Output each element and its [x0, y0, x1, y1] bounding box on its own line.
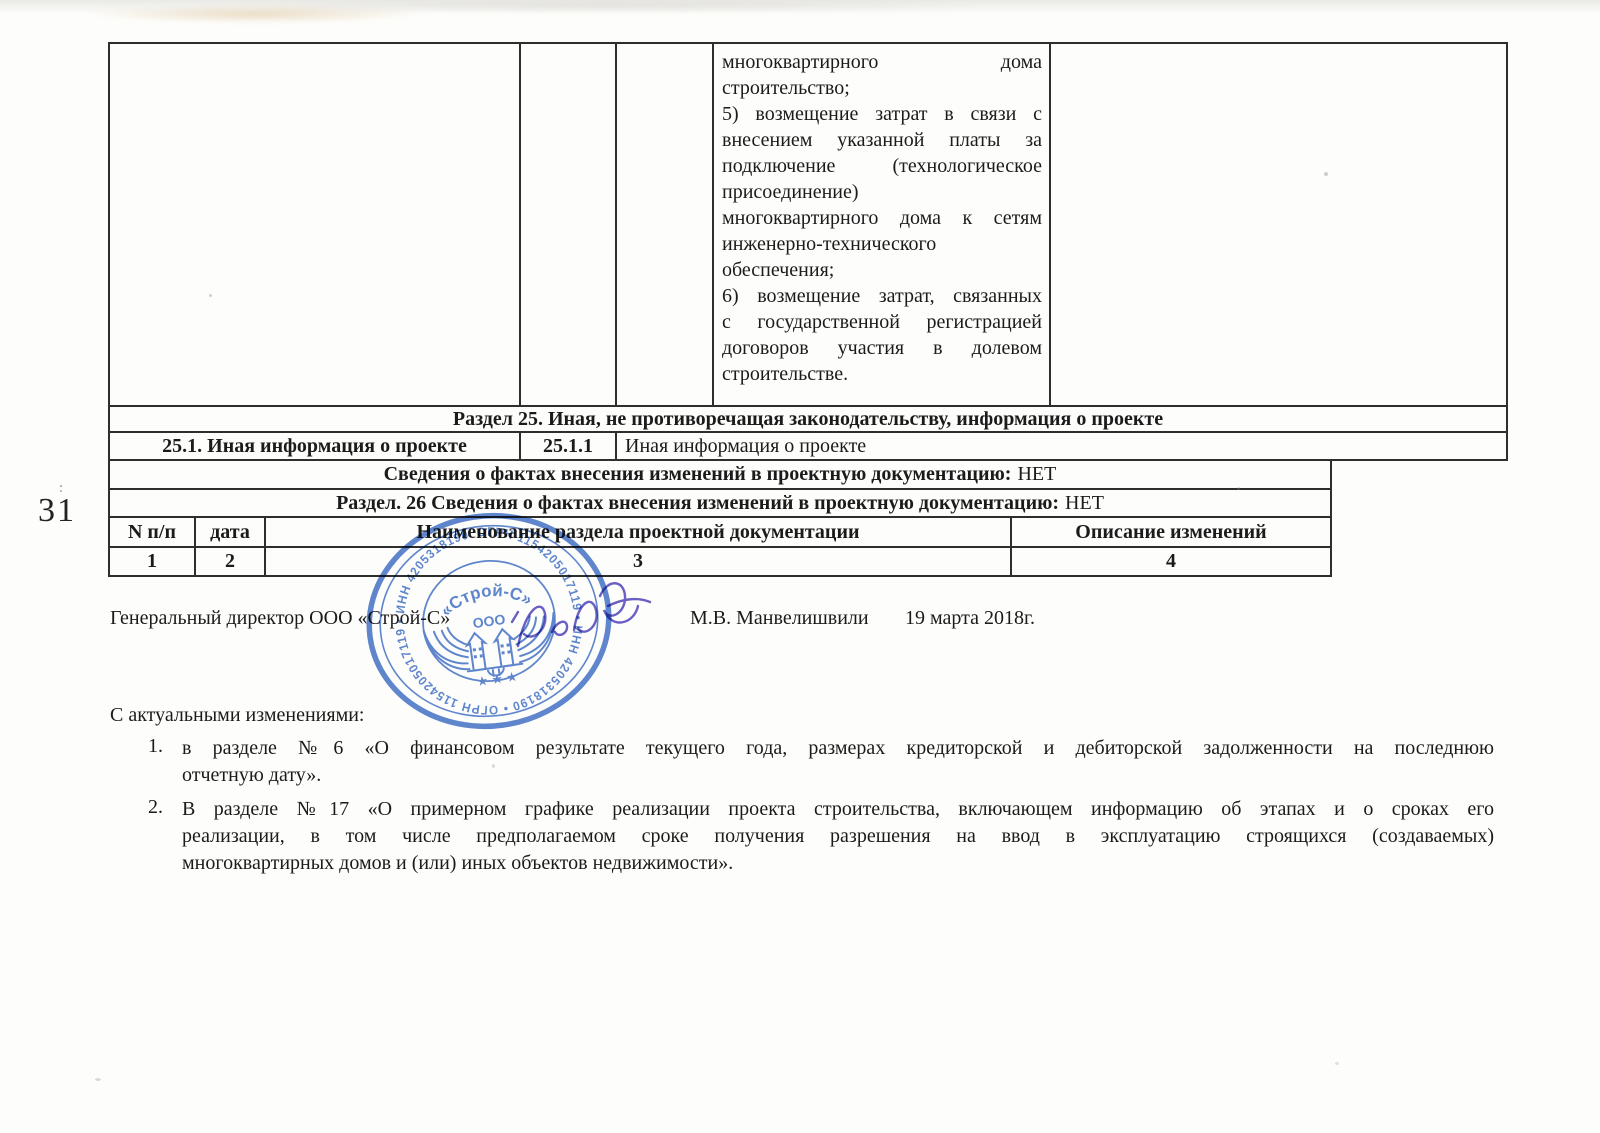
text-line: подключение (технологическое: [722, 153, 1042, 179]
section-25-header: Раздел 25. Иная, не противоречащая закон…: [108, 405, 1508, 433]
text-line: 6) возмещение затрат, связанных: [722, 283, 1042, 309]
scan-speck: [1335, 1062, 1339, 1065]
section-26-table: Сведения о фактах внесения изменений в п…: [108, 459, 1332, 577]
page-number: 31: [38, 492, 76, 530]
scan-smudge: [250, 0, 970, 12]
signature-line: Генеральный директор ООО «Строй-С» М.В. …: [0, 604, 1600, 634]
table-cell-empty: [519, 44, 615, 405]
signature-date: 19 марта 2018г.: [905, 604, 1035, 632]
text-line: внесением указанной платы за: [722, 127, 1042, 153]
amendment-text: в разделе №6 «О финансовом результате те…: [182, 735, 1494, 789]
row-25-1: 25.1. Иная информация о проекте 25.1.1 И…: [108, 431, 1508, 461]
text-line: многоквартирного дома к сетям: [722, 205, 1042, 231]
scan-speck: [209, 294, 212, 297]
stamp-stars: ★ ★ ★: [476, 669, 519, 690]
amendment-line: многоквартирных домов и (или) иных объек…: [182, 850, 1494, 877]
amendment-number: 2.: [148, 796, 182, 877]
changes-summary-label: Сведения о фактах внесения изменений в п…: [384, 463, 1012, 485]
amendment-item: 2. В разделе №17 «О примерном графике ре…: [148, 796, 1494, 877]
text-line: строительство;: [722, 75, 1042, 101]
scan-speck: [1324, 172, 1328, 176]
text-line: строительстве.: [722, 361, 1042, 387]
col-header-date: дата: [194, 518, 264, 546]
amendments-list: 1. в разделе №6 «О финансовом результате…: [148, 735, 1494, 884]
table-cell-empty: [1049, 44, 1506, 405]
row-25-1-label: 25.1. Иная информация о проекте: [110, 433, 519, 459]
changes-summary-value: НЕТ: [1017, 463, 1056, 485]
table-cell-payments-text: многоквартирного дома строительство; 5) …: [712, 44, 1049, 405]
table-cell-empty: [110, 44, 519, 405]
amendment-item: 1. в разделе №6 «О финансовом результате…: [148, 735, 1494, 789]
project-declaration-table: многоквартирного дома строительство; 5) …: [108, 42, 1508, 407]
text-line: обеспечения;: [722, 257, 1042, 283]
text-line: 5) возмещение затрат в связи с: [722, 101, 1042, 127]
amendment-line: в разделе №6 «О финансовом результате те…: [182, 735, 1494, 762]
amendment-line: отчетную дату».: [182, 762, 1494, 789]
table-cell-empty: [615, 44, 712, 405]
col-number: 1: [110, 548, 194, 575]
row-25-1-code: 25.1.1: [519, 433, 615, 459]
text-line: договоров участия в долевом: [722, 335, 1042, 361]
stamp-tower-windows: [473, 643, 511, 658]
changes-summary-row: Сведения о фактах внесения изменений в п…: [110, 461, 1330, 488]
section-26-value: НЕТ: [1065, 492, 1104, 514]
text-line: многоквартирного дома: [722, 49, 1042, 75]
amendment-number: 1.: [148, 735, 182, 789]
amendment-text: В разделе №17 «О примерном графике реали…: [182, 796, 1494, 877]
scan-speck: [1237, 487, 1240, 490]
director-name: М.В. Манвелишвили: [690, 604, 869, 632]
text-line: с государственной регистрацией: [722, 309, 1042, 335]
text-line: присоединение): [722, 179, 1042, 205]
row-25-1-value: Иная информация о проекте: [615, 433, 1506, 459]
col-header-npp: N п/п: [110, 518, 194, 546]
col-number: 4: [1010, 548, 1330, 575]
col-header-change-desc: Описание изменений: [1010, 518, 1330, 546]
amendment-line: реализации, в том числе предполагаемом с…: [182, 823, 1494, 850]
section-26-header-row: Раздел. 26 Сведения о фактах внесения из…: [110, 488, 1330, 516]
scan-speck: [492, 764, 495, 768]
scan-speck: [60, 485, 62, 487]
columns-header-row: N п/п дата Наименование раздела проектно…: [110, 516, 1330, 546]
col-number: 2: [194, 548, 264, 575]
amendments-intro: С актуальными изменениями:: [110, 704, 365, 727]
scan-speck: [95, 1078, 101, 1081]
signature: [506, 560, 656, 668]
columns-number-row: 1 2 3 4: [110, 546, 1330, 575]
text-line: инженерно-технического: [722, 231, 1042, 257]
stamp-org-type: ООО: [472, 611, 507, 631]
amendment-line: В разделе №17 «О примерном графике реали…: [182, 796, 1494, 823]
